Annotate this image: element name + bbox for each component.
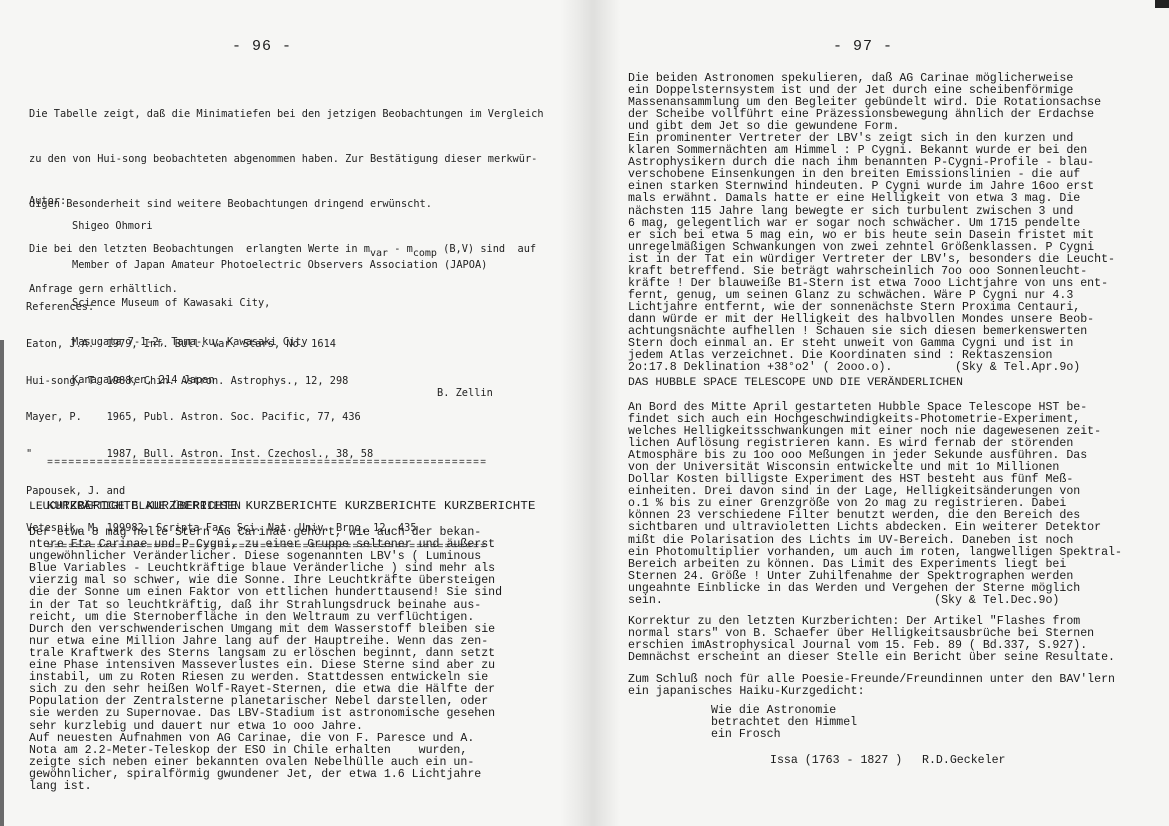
text-line: mals erwähnt. Damals hatte er eine Helli…	[628, 193, 1115, 205]
text-line: 6 mag, gelegentlich war er sogar noch sc…	[628, 218, 1115, 230]
text-line: mißt die Polarisation des Lichts im UV-B…	[628, 535, 1122, 547]
paragraph-korrektur: Korrektur zu den letzten Kurzberichten: …	[628, 616, 1115, 664]
page-number: - 97 -	[833, 38, 893, 55]
reference-item: Hui-song, T. 1988, Chin. Astron. Astroph…	[26, 375, 417, 388]
hubble-heading: DAS HUBBLE SPACE TELESCOPE UND DIE VERÄN…	[628, 377, 963, 389]
page-number: - 96 -	[232, 38, 292, 55]
text-line: ein Photomultiplier vorhanden, um auch i…	[628, 547, 1122, 559]
book-gutter	[560, 0, 620, 826]
text-line: sichtbaren und ultravioletten Lichts abd…	[628, 522, 1122, 534]
text-line: unregelmäßigen Schwankungen von zwei zeh…	[628, 242, 1115, 254]
haiku-attribution: Issa (1763 - 1827 )	[770, 754, 902, 767]
paragraph-lbv: Die beiden Astronomen spekulieren, daß A…	[628, 73, 1115, 374]
signature: B. Zellin	[437, 387, 493, 399]
article-heading: LEUCHTKRÄFTIGE BLAUE ÜBERRIESEN	[29, 501, 241, 513]
text-line: die der Sonne um einen Faktor von ettlic…	[29, 587, 502, 599]
reference-item: Eaton, J.A. 1979, Inf. Bull. Var. Stars,…	[26, 338, 417, 351]
text-line: Nota am 2.2-Meter-Teleskop der ESO in Ch…	[29, 745, 502, 757]
text-line: Die Tabelle zeigt, daß die Minimatiefen …	[29, 104, 544, 125]
references-heading: References:	[26, 301, 417, 314]
text-line: sie werden zu Supernovae. Das LBV-Stadiu…	[29, 708, 502, 720]
text-line: Demnächst erscheint an dieser Stelle ein…	[628, 652, 1115, 664]
text-line: nächsten 115 Jahre lang bewegte er sich …	[628, 206, 1115, 218]
signature: R.D.Geckeler	[922, 754, 1006, 767]
scan-edge	[1155, 0, 1169, 8]
text-line: in der Tat so leuchtkräftig, daß ihr Str…	[29, 600, 502, 612]
text-line: Sternen 24. Größe ! Unter Zuhilfenahme d…	[628, 571, 1122, 583]
author-label: Autor:	[29, 195, 66, 207]
book-spread: - 96 - Die Tabelle zeigt, daß die Minima…	[0, 0, 1169, 826]
paragraph-hubble: An Bord des Mitte April gestarteten Hubb…	[628, 402, 1122, 607]
article-body: Der etwa 8 mag helle Stern AG Carinae ge…	[29, 527, 502, 793]
text-line: gewöhnlicher, spiralförmig gwundener Jet…	[29, 769, 502, 781]
right-page: - 97 - Die beiden Astronomen spekulieren…	[583, 0, 1169, 826]
author-block: Autor: Shigeo Ohmori Member of Japan Ama…	[29, 195, 66, 243]
text-line: 2o:17.8 Deklination +38°o2' ( 2ooo.o). (…	[628, 362, 1115, 374]
banner-rule: ========================================…	[47, 459, 536, 470]
text-line: reicht, um die Sternoberfläche in den We…	[29, 612, 502, 624]
left-page: - 96 - Die Tabelle zeigt, daß die Minima…	[0, 0, 583, 826]
reference-item: Mayer, P. 1965, Publ. Astron. Soc. Pacif…	[26, 411, 417, 424]
text-line: er sich bei etwa 5 mag ein, wo er bis he…	[628, 230, 1115, 242]
text-line: Auf neuesten Aufnahmen von AG Carinae, d…	[29, 733, 502, 745]
haiku-poem: Wie die Astronomiebetrachtet den Himmele…	[711, 705, 857, 741]
text-line: lang ist.	[29, 781, 502, 793]
text-line: Bereich arbeiten zu können. Das Limit de…	[628, 559, 1122, 571]
text-line: ein Frosch	[711, 729, 857, 741]
text-line: kraft betreffend. Sie beträgt wahrschein…	[628, 266, 1115, 278]
text-line: ungeahnte Einblicke in das Werden und Ve…	[628, 583, 1122, 595]
text-line: zu den von Hui-song beobachteten abgenom…	[29, 149, 544, 170]
text-line: sein. (Sky & Tel.Dec.9o)	[628, 595, 1122, 607]
page-edge	[0, 340, 4, 826]
text-line: ein japanisches Haiku-Kurzgedicht:	[628, 686, 1115, 698]
text-line: ist in der Tat ein würdiger Vertreter de…	[628, 254, 1115, 266]
text-line: sehr kurzlebig und dauert nur etwa 1o oo…	[29, 721, 502, 733]
paragraph-haiku-intro: Zum Schluß noch für alle Poesie-Freunde/…	[628, 674, 1115, 698]
